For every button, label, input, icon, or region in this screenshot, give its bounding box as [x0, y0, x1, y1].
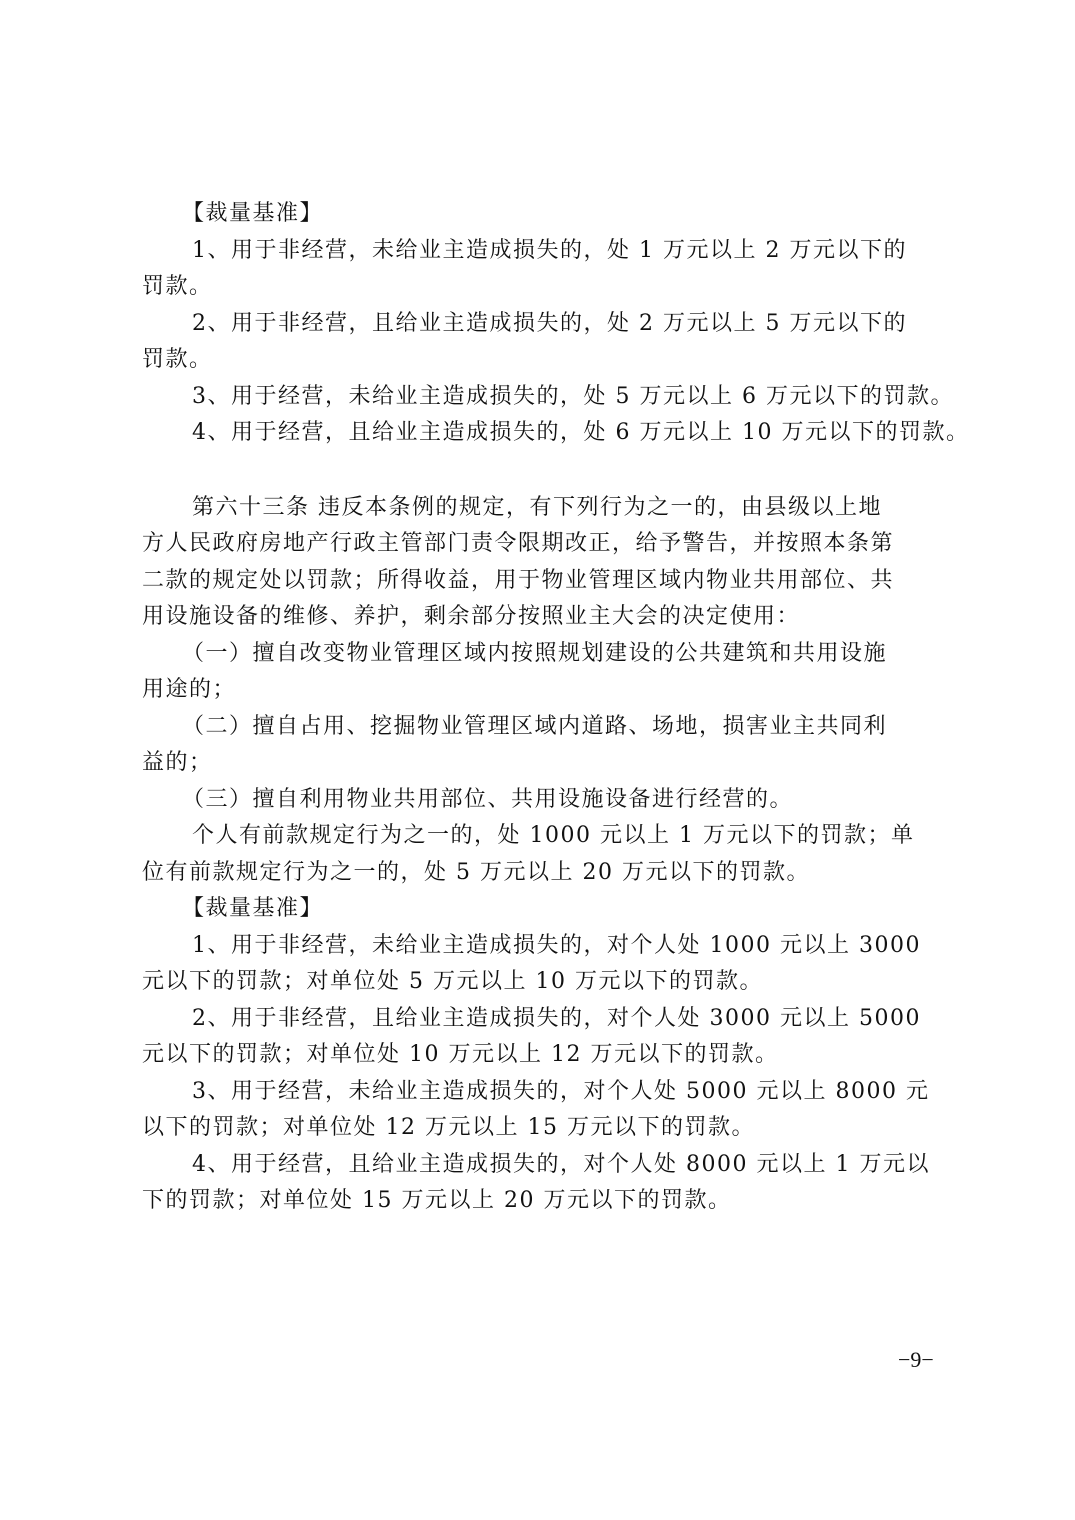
article-paragraph-line: 用设施设备的维修、养护，剩余部分按照业主大会的决定使用： — [142, 599, 942, 636]
page-number: −9− — [898, 1347, 934, 1373]
criteria-item-continuation: 元以下的罚款；对单位处 5 万元以上 10 万元以下的罚款。 — [142, 964, 942, 1001]
criteria-item-continuation: 以下的罚款；对单位处 12 万元以上 15 万元以下的罚款。 — [142, 1110, 942, 1147]
article-paragraph: 个人有前款规定行为之一的，处 1000 元以上 1 万元以下的罚款；单 — [142, 818, 942, 855]
article-paragraph-line: 方人民政府房地产行政主管部门责令限期改正，给予警告，并按照本条第 — [142, 526, 942, 563]
criteria-item: 4、用于经营，且给业主造成损失的，对个人处 8000 元以上 1 万元以 — [142, 1147, 942, 1184]
document-body: 【裁量基准】 1、用于非经营，未给业主造成损失的，处 1 万元以上 2 万元以下… — [142, 196, 942, 1220]
criteria-item: 1、用于非经营，未给业主造成损失的，处 1 万元以上 2 万元以下的 — [142, 233, 942, 270]
article-clause: （一）擅自改变物业管理区域内按照规划建设的公共建筑和共用设施 — [142, 636, 942, 673]
article-paragraph: 第六十三条 违反本条例的规定，有下列行为之一的，由县级以上地 — [142, 490, 942, 527]
criteria-item-continuation: 元以下的罚款；对单位处 10 万元以上 12 万元以下的罚款。 — [142, 1037, 942, 1074]
criteria-item-continuation: 罚款。 — [142, 342, 942, 379]
article-clause: （二）擅自占用、挖掘物业管理区域内道路、场地，损害业主共同利 — [142, 709, 942, 746]
criteria-item: 3、用于经营，未给业主造成损失的，处 5 万元以上 6 万元以下的罚款。 — [142, 379, 942, 416]
criteria-item: 3、用于经营，未给业主造成损失的，对个人处 5000 元以上 8000 元 — [142, 1074, 942, 1111]
criteria-item: 1、用于非经营，未给业主造成损失的，对个人处 1000 元以上 3000 — [142, 928, 942, 965]
article-clause: （三）擅自利用物业共用部位、共用设施设备进行经营的。 — [142, 782, 942, 819]
article-clause-continuation: 用途的； — [142, 672, 942, 709]
section-heading: 【裁量基准】 — [142, 891, 942, 928]
section-gap — [142, 452, 942, 490]
criteria-item-continuation: 下的罚款；对单位处 15 万元以上 20 万元以下的罚款。 — [142, 1183, 942, 1220]
criteria-item: 2、用于非经营，且给业主造成损失的，处 2 万元以上 5 万元以下的 — [142, 306, 942, 343]
article-clause-continuation: 益的； — [142, 745, 942, 782]
article-paragraph-line: 位有前款规定行为之一的，处 5 万元以上 20 万元以下的罚款。 — [142, 855, 942, 892]
section-heading: 【裁量基准】 — [142, 196, 942, 233]
article-paragraph-line: 二款的规定处以罚款；所得收益，用于物业管理区域内物业共用部位、共 — [142, 563, 942, 600]
criteria-item-continuation: 罚款。 — [142, 269, 942, 306]
criteria-item: 4、用于经营，且给业主造成损失的，处 6 万元以上 10 万元以下的罚款。 — [142, 415, 942, 452]
criteria-item: 2、用于非经营，且给业主造成损失的，对个人处 3000 元以上 5000 — [142, 1001, 942, 1038]
